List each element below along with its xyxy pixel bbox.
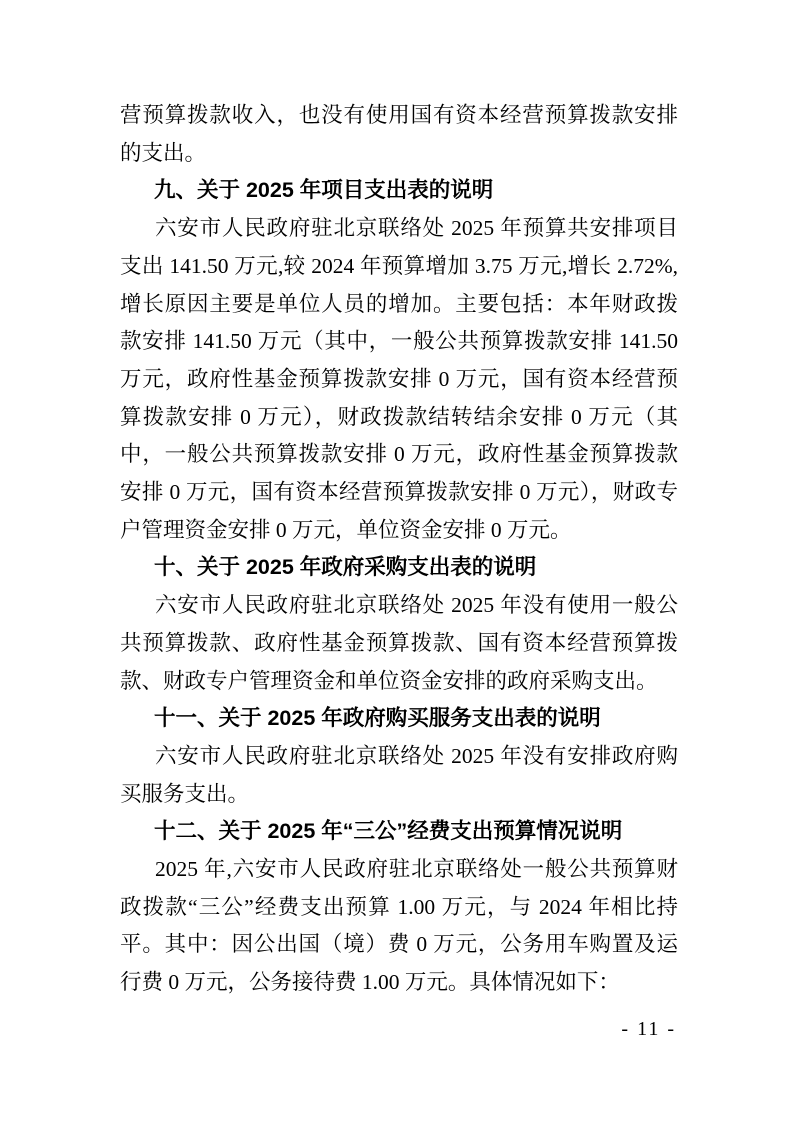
section-heading-11: 十一、关于 2025 年政府购买服务支出表的说明 (120, 700, 678, 738)
paragraph-section-11: 六安市人民政府驻北京联络处 2025 年没有安排政府购买服务支出。 (120, 738, 678, 813)
paragraph-section-12: 2025 年,六安市人民政府驻北京联络处一般公共预算财政拨款“三公”经费支出预算… (120, 851, 678, 1002)
section-heading-10: 十、关于 2025 年政府采购支出表的说明 (120, 549, 678, 587)
paragraph-section-10: 六安市人民政府驻北京联络处 2025 年没有使用一般公共预算拨款、政府性基金预算… (120, 587, 678, 700)
document-page: 营预算拨款收入，也没有使用国有资本经营预算拨款安排的支出。 九、关于 2025 … (0, 0, 793, 1122)
paragraph-continuation: 营预算拨款收入，也没有使用国有资本经营预算拨款安排的支出。 (120, 97, 678, 172)
paragraph-section-9: 六安市人民政府驻北京联络处 2025 年预算共安排项目支出 141.50 万元,… (120, 210, 678, 549)
section-heading-9: 九、关于 2025 年项目支出表的说明 (120, 172, 678, 210)
document-body: 营预算拨款收入，也没有使用国有资本经营预算拨款安排的支出。 九、关于 2025 … (120, 97, 678, 1002)
page-number: - 11 - (621, 1014, 676, 1044)
section-heading-12: 十二、关于 2025 年“三公”经费支出预算情况说明 (120, 813, 678, 851)
